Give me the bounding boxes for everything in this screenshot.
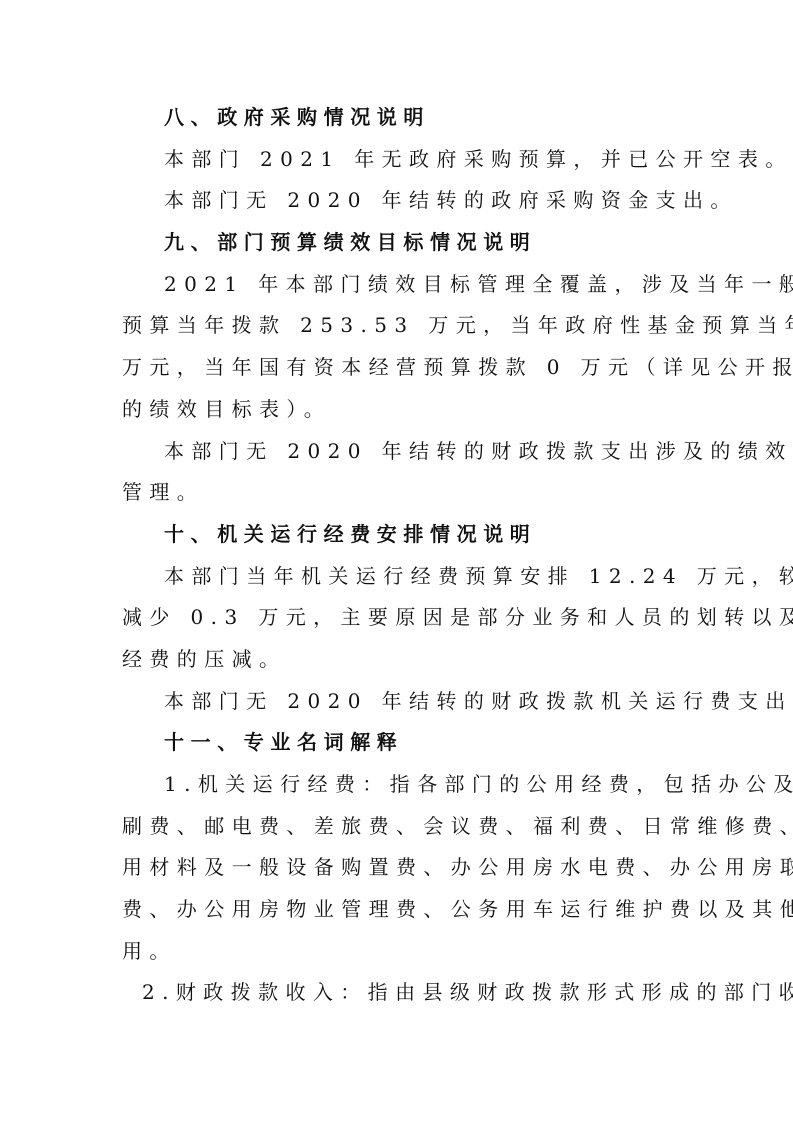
paragraph-line: 本部门无 2020 年结转的财政拨款支出涉及的绩效目标 bbox=[122, 431, 674, 473]
paragraph-line: 万元，当年国有资本经营预算拨款 0 万元（详见公开报表中 bbox=[122, 347, 674, 389]
glossary-item-line: 用材料及一般设备购置费、办公用房水电费、办公用房取暖 bbox=[122, 847, 674, 889]
section-heading-operating-costs: 十、机关运行经费安排情况说明 bbox=[122, 514, 674, 556]
paragraph-line: 减少 0.3 万元，主要原因是部分业务和人员的划转以及财政 bbox=[122, 597, 674, 639]
paragraph-line: 预算当年拨款 253.53 万元，当年政府性基金预算当年拨款 0 bbox=[122, 305, 674, 347]
paragraph-line: 本部门 2021 年无政府采购预算，并已公开空表。 bbox=[122, 139, 674, 181]
document-page: 八、政府采购情况说明 本部门 2021 年无政府采购预算，并已公开空表。 本部门… bbox=[122, 97, 674, 1014]
paragraph-line: 的绩效目标表）。 bbox=[122, 389, 674, 431]
section-heading-performance: 九、部门预算绩效目标情况说明 bbox=[122, 222, 674, 264]
glossary-item-line: 2.财政拨款收入：指由县级财政拨款形式形成的部门收 bbox=[122, 972, 674, 1014]
section-heading-procurement: 八、政府采购情况说明 bbox=[122, 97, 674, 139]
paragraph-line: 管理。 bbox=[122, 472, 674, 514]
glossary-item-line: 1.机关运行经费：指各部门的公用经费，包括办公及印 bbox=[122, 764, 674, 806]
paragraph-line: 本部门无 2020 年结转的财政拨款机关运行费支出。 bbox=[122, 681, 674, 723]
paragraph-line: 2021 年本部门绩效目标管理全覆盖，涉及当年一般公共 bbox=[122, 264, 674, 306]
glossary-item-line: 用。 bbox=[122, 931, 674, 973]
glossary-item-line: 刷费、邮电费、差旅费、会议费、福利费、日常维修费、专 bbox=[122, 806, 674, 848]
glossary-item-line: 费、办公用房物业管理费、公务用车运行维护费以及其他费 bbox=[122, 889, 674, 931]
paragraph-line: 本部门无 2020 年结转的政府采购资金支出。 bbox=[122, 180, 674, 222]
paragraph-line: 经费的压减。 bbox=[122, 639, 674, 681]
section-heading-glossary: 十一、专业名词解释 bbox=[122, 722, 674, 764]
paragraph-line: 本部门当年机关运行经费预算安排 12.24 万元，较上年 bbox=[122, 556, 674, 598]
